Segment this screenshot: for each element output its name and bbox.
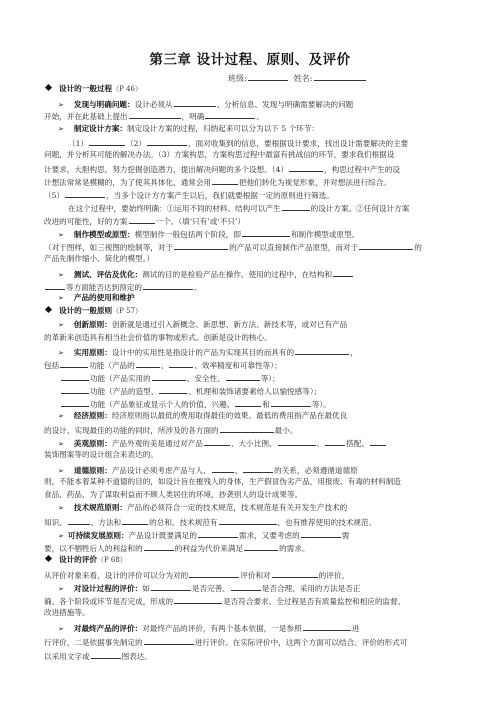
item-ethics: ➢道德原则：产品设计必须考虑产品与人、、的关系，必须遵循道德原 [58, 464, 478, 476]
fill-blank[interactable] [205, 110, 255, 119]
fill-blank[interactable] [144, 542, 174, 551]
text-line: 以采用文字或图表达。 [44, 650, 464, 662]
arrow-bullet-icon: ➢ [58, 348, 64, 358]
text-line: 功能（产品象征或显示个人的价值、兴趣、和等）。 [60, 398, 480, 410]
fill-blank[interactable] [244, 542, 278, 551]
diamond-bullet-icon [45, 306, 52, 313]
text-line: 要，以不牺牲后人的利益和的的利益为代价来满足的需求。 [44, 542, 464, 554]
fill-blank[interactable] [129, 215, 155, 224]
arrow-bullet-icon: ➢ [58, 230, 64, 240]
fill-blank[interactable] [122, 516, 148, 525]
arrow-bullet-icon: ➢ [58, 584, 64, 594]
fill-blank[interactable] [226, 372, 260, 381]
arrow-bullet-icon: ➢ [58, 411, 64, 421]
text-line: 从评价对象来看，设计的评价可以分为对的评价和对的评价。 [44, 569, 464, 581]
arrow-bullet-icon: ➢ [58, 531, 64, 541]
text-line: （5），当多个设计方方案产生以后，我们就要根据一定的原则进行筛选。 [44, 189, 464, 201]
fill-blank[interactable] [169, 359, 193, 368]
text-line: 包括功能（产品的、、效率精度和可靠性等）； [44, 359, 464, 371]
fill-blank[interactable] [235, 398, 261, 407]
arrow-bullet-icon: ➢ [58, 270, 64, 280]
item-process-evaluation: ➢对设计过程的评价：如是否完善、是否合理、采用的方法是否正 [58, 582, 478, 594]
class-label: 班级: [228, 74, 247, 83]
text-line: 知识、、方法和的总和。技术规范有，也有推荐使用的技术规范。 [44, 516, 464, 528]
fill-blank[interactable] [242, 228, 290, 237]
fill-blank[interactable] [219, 516, 277, 525]
text-line: 确、各个阶段或环节是否完成，形成的是否符合要求、全过程是否有质量监控和相应的监督… [44, 595, 464, 607]
diamond-bullet-icon [45, 555, 52, 562]
text-line: 功能（产品的造型、、机理和装饰诸要素给人以愉悦感等）； [60, 385, 480, 397]
item-design-plan: ➢制定设计方案：制定设计方案的过程，归纳起来可以分为以下 5 个环节： [58, 124, 478, 134]
fill-blank[interactable] [303, 622, 351, 631]
page-title: 第三章 设计过程、原则、及评价 [0, 48, 500, 68]
text-line: 食品、药品，为了谋取利益而不顾人类居住的环境，抄袭别人的设计成果等。 [44, 490, 464, 500]
item-practical: ➢实用原则：设计中的实用性是指设计的产品为实现其目的而具有的， [58, 346, 478, 358]
item-sustainable: ➢可持续发展原则：产品设计既要满足的需求，又要考虑的需 [58, 529, 478, 541]
text-line: 改进的可能性，好的方案一个。（填‘只有’或‘不只’） [44, 215, 464, 227]
fill-blank[interactable] [61, 398, 89, 407]
arrow-bullet-icon: ➢ [58, 466, 64, 476]
fill-blank[interactable] [143, 281, 193, 290]
item-test-evaluate: ➢测试、评估及优化：测试的目的是检验产品在操作、使用的过程中，在结构和 [58, 268, 478, 280]
section-heading-principles: 设计的一般原则（P 57） [44, 306, 464, 316]
text-line: 的革新来创造具有相当社会价值的事物或形式。创新是设计的核心。 [44, 333, 464, 343]
text-line: 问题，并分析其可能的解决办法。（3）方案构思，方案构思过程中最富有挑战信的环节，… [44, 150, 464, 160]
fill-blank[interactable] [174, 595, 222, 604]
fill-blank[interactable] [212, 464, 234, 473]
fill-blank[interactable] [198, 529, 238, 538]
fill-blank[interactable] [91, 650, 121, 659]
text-line: 改进措施等。 [44, 608, 464, 618]
text-line: 则，不能本着某种不道德的目的，如设计旨在摧残人的身体，生产假冒伪劣产品，用报废、… [44, 477, 464, 487]
fill-blank[interactable] [61, 385, 89, 394]
fill-blank[interactable] [282, 202, 310, 211]
name-blank[interactable] [314, 72, 366, 81]
arrow-bullet-icon: ➢ [58, 439, 64, 449]
text-line: 功能（产品实用的、安全性、等）； [60, 372, 480, 384]
fill-blank[interactable] [204, 437, 230, 446]
fill-blank[interactable] [333, 268, 353, 277]
fill-blank[interactable] [271, 398, 311, 407]
fill-blank[interactable] [295, 346, 349, 355]
fill-blank[interactable] [159, 385, 187, 394]
text-line: 在这个过程中，要始终明确：①运用不同的材料、结构可以产生的设计方案。②任何设计方… [68, 202, 488, 214]
arrow-bullet-icon: ➢ [58, 100, 64, 110]
item-product-evaluation: ➢对最终产品的评价：对最终产品的评价，有两个基本依据，一是参照进 [58, 622, 478, 634]
fill-blank[interactable] [174, 241, 228, 250]
fill-blank[interactable] [60, 359, 88, 368]
fill-blank[interactable] [151, 582, 191, 591]
class-blank[interactable] [248, 72, 288, 81]
fill-blank[interactable] [144, 636, 194, 645]
item-tech-standard: ➢技术规范原则：产品的必须符合一定的技术规范，技术规范是有关开发生产技术的 [58, 503, 478, 513]
item-innovation: ➢创新原则：创新就是通过引入新概念、新思想、新方法、新技术等，或对已有产品 [58, 320, 478, 330]
fill-blank[interactable] [370, 437, 386, 446]
fill-blank[interactable] [89, 137, 125, 146]
fill-blank[interactable] [212, 176, 238, 185]
worksheet-page: 第三章 设计过程、原则、及评价 班级: 姓名: 设计的一般过程（P 46） ➢发… [0, 0, 500, 707]
fill-blank[interactable] [301, 529, 341, 538]
item-make-model: ➢制作模型或原型：模型制作一般包括两个阶段，即和制作模型或原型。 [58, 228, 478, 240]
text-line: （对于图样，如三视图的绘制等，对于的产品可以直接制作产品原型，而对于的 [44, 241, 464, 253]
fill-blank[interactable] [65, 189, 105, 198]
text-line: 等方面能否达到预定的。 [44, 281, 464, 293]
diamond-bullet-icon [45, 84, 52, 91]
text-line: 装饰图案等的设计组合来表达的。 [44, 450, 464, 460]
text-line: 产品先制作缩小、简化的模型。） [44, 254, 464, 264]
fill-blank[interactable] [289, 163, 323, 172]
fill-blank[interactable] [147, 137, 187, 146]
arrow-bullet-icon: ➢ [58, 624, 64, 634]
student-info-line: 班级: 姓名: [228, 72, 367, 84]
arrow-bullet-icon: ➢ [58, 320, 64, 330]
item-economy: ➢经济原则：经济原则指以最低的费用取得最佳的效果。最低的费用指产品在最优良 [58, 411, 478, 421]
fill-blank[interactable] [359, 241, 413, 250]
fill-blank[interactable] [189, 569, 239, 578]
fill-blank[interactable] [220, 424, 274, 433]
text-line: （1）（2），面对收集到的信息，要根据设计要求，找出设计需要解决的主要 [68, 137, 488, 149]
fill-blank[interactable] [243, 464, 273, 473]
section-heading-process: 设计的一般过程（P 46） [44, 84, 464, 94]
fill-blank[interactable] [129, 110, 181, 119]
fill-blank[interactable] [231, 582, 261, 591]
fill-blank[interactable] [278, 437, 316, 446]
text-line: 计想法常常是模糊的，为了使其具体化，通常会用把他们转化为视觉形象，并对想法进行综… [44, 176, 464, 188]
fill-blank[interactable] [152, 372, 186, 381]
fill-blank[interactable] [325, 437, 345, 446]
text-line: 的设计、实现最佳的功能的同时，所涉及的各方面的最小。 [44, 424, 464, 436]
fill-blank[interactable] [174, 98, 216, 107]
item-discover-problem: ➢发现与明确问题：设计必须从、分析信息、发现与明确需要解决的问题 [58, 98, 478, 110]
fill-blank[interactable] [136, 359, 160, 368]
text-line: 计要求，大胆构思，努力挖掘创造潜力，提出解决问题的多个设想。（4），构思过程中产… [44, 163, 464, 175]
fill-blank[interactable] [61, 372, 89, 381]
section-heading-evaluation: 设计的评价（P 68） [44, 555, 464, 565]
fill-blank[interactable] [68, 516, 90, 525]
item-aesthetic: ➢美观原则：产品外观的美是通过对产品、大小比例、、搭配、 [58, 437, 478, 449]
item-use-maintain: ➢产品的使用和维护 [58, 293, 478, 303]
arrow-bullet-icon: ➢ [58, 503, 64, 513]
fill-blank[interactable] [45, 281, 65, 290]
arrow-bullet-icon: ➢ [58, 124, 64, 134]
text-line: 开始，并在此基础上提出，明确。 [44, 110, 464, 122]
fill-blank[interactable] [272, 569, 318, 578]
arrow-bullet-icon: ➢ [58, 293, 64, 303]
name-label: 姓名: [294, 74, 313, 83]
text-line: 行评价，二是依据事先制定的进行评价。在实际评价中，这两个方面可以结合。评价的形式… [44, 636, 464, 648]
